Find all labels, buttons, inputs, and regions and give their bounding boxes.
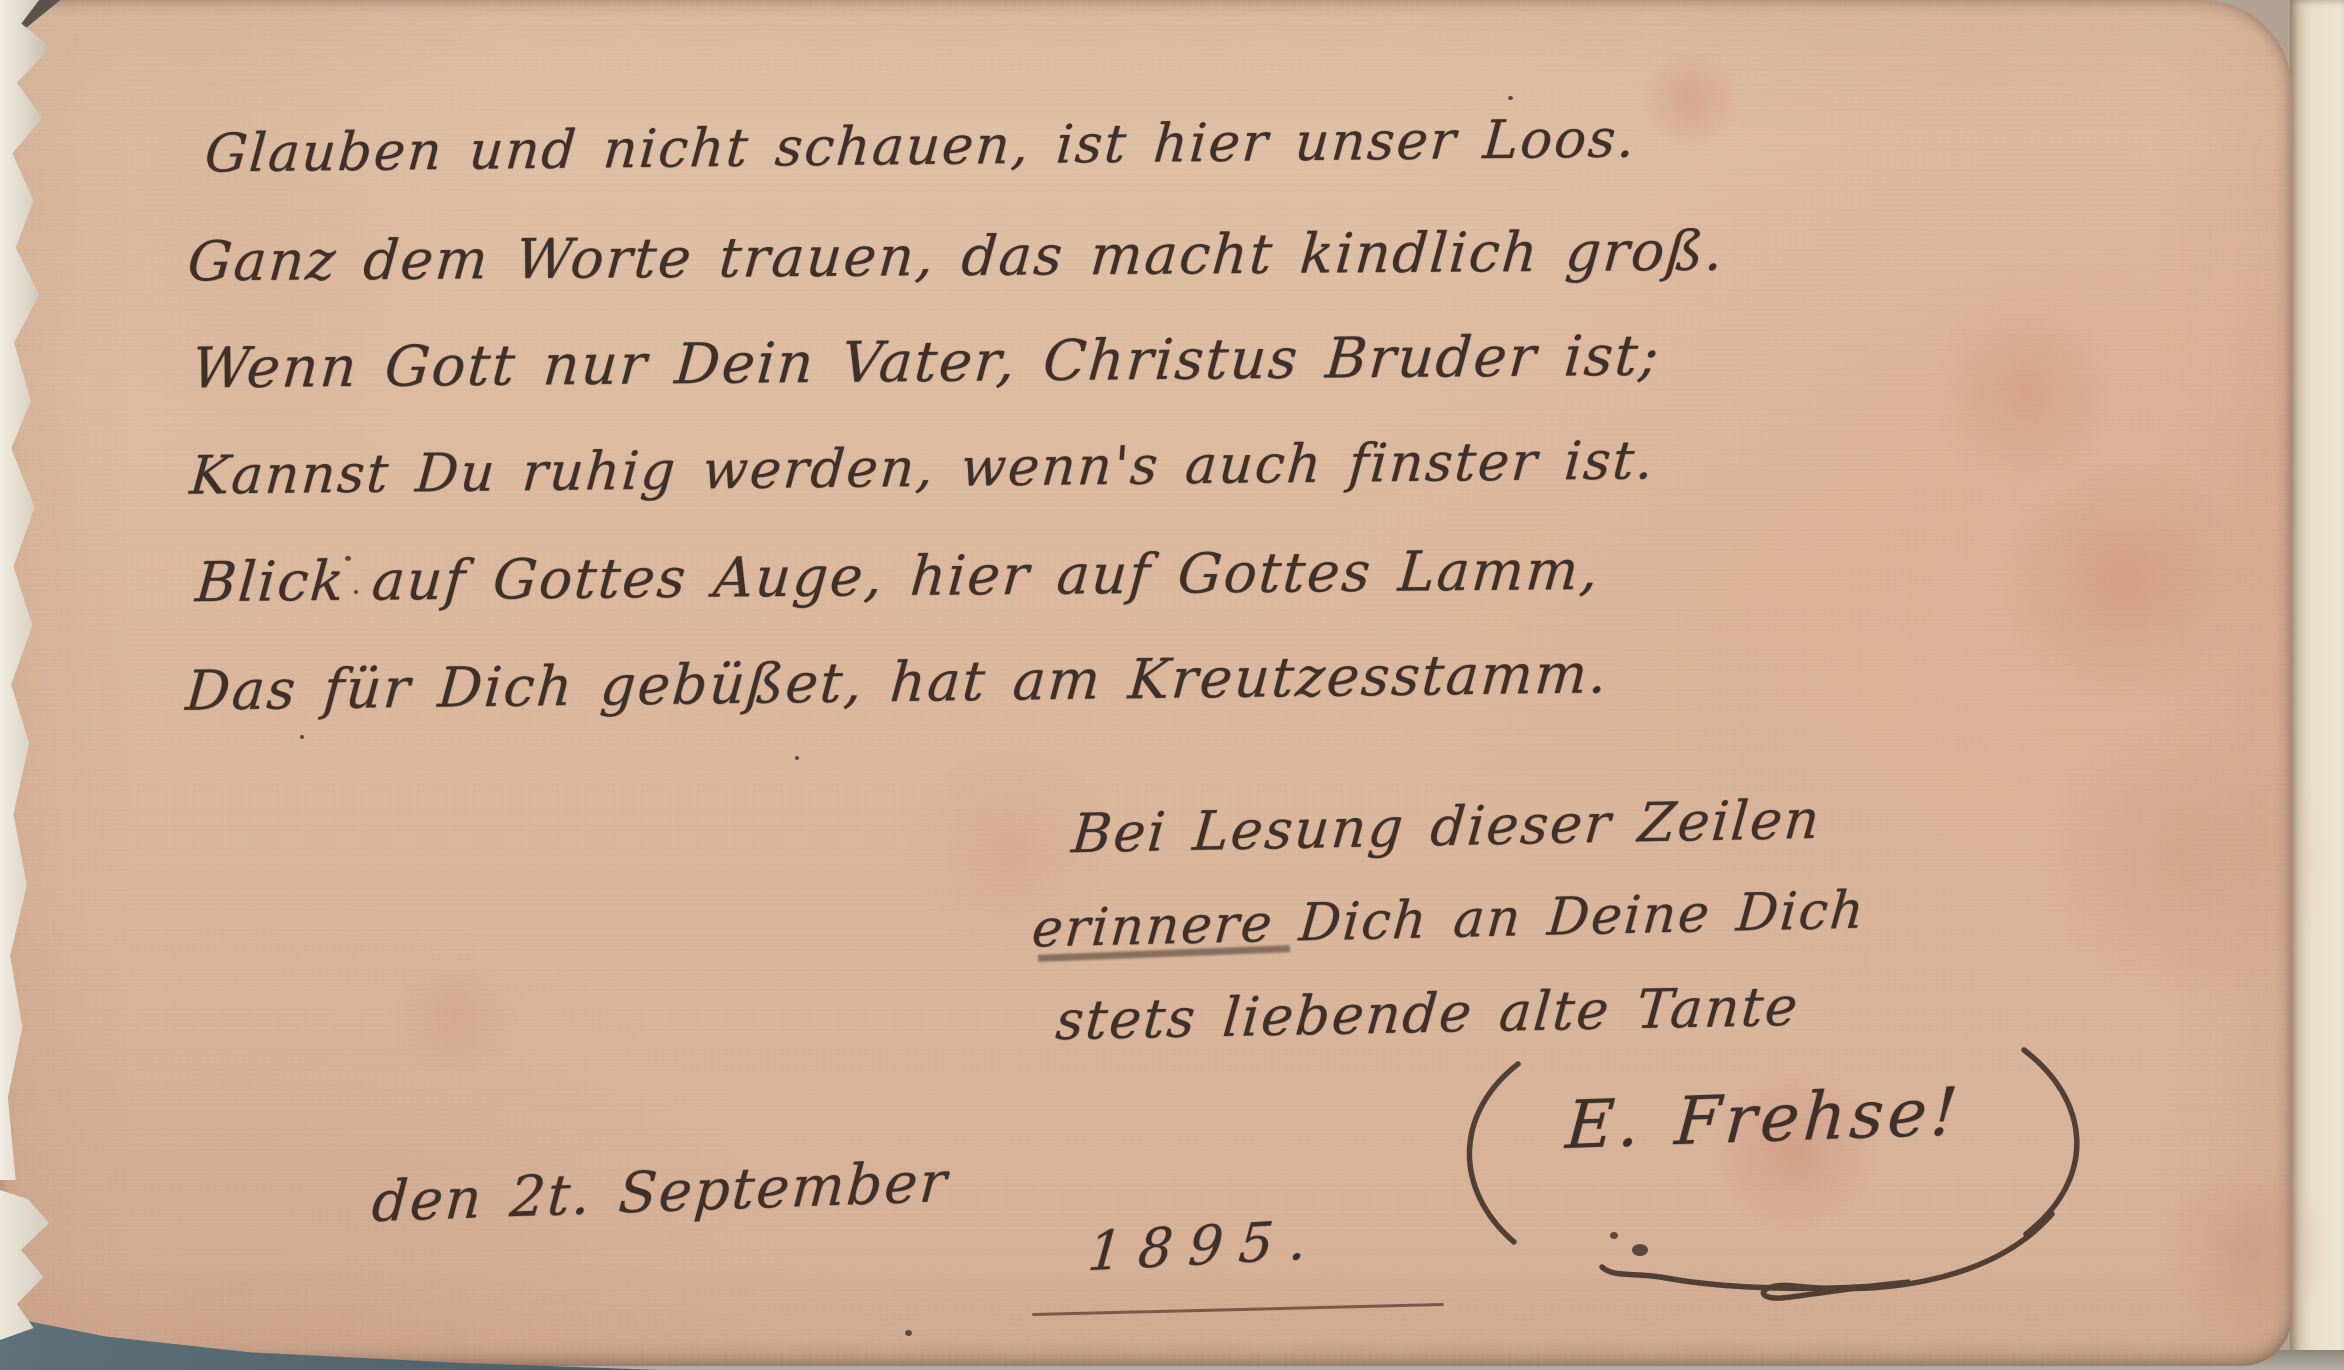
date-line: den 2t. September xyxy=(370,1150,951,1235)
ink-speck xyxy=(1508,96,1513,100)
dedication-line: erinnere Dich an Deine Dich xyxy=(1030,880,1868,959)
poem-line: Das für Dich gebüßet, hat am Kreutzessta… xyxy=(184,641,1611,722)
stain xyxy=(380,950,530,1080)
poem-line: Ganz dem Worte trauen, das macht kindlic… xyxy=(185,219,1727,294)
poem-line: Kannst Du ruhig werden, wenn's auch fins… xyxy=(188,430,1657,506)
year-underline xyxy=(1032,1303,1444,1316)
dedication-line: Bei Lesung dieser Zeilen xyxy=(1069,788,1823,865)
ink-speck xyxy=(300,735,304,739)
ink-speck xyxy=(1632,1244,1648,1256)
stain xyxy=(1630,50,1750,150)
stain xyxy=(1980,450,2270,710)
poem-line: Glauben und nicht schauen, ist hier unse… xyxy=(203,108,1639,184)
signature-flourish xyxy=(1422,1036,2132,1302)
ink-speck xyxy=(905,1330,912,1336)
next-page-edge xyxy=(2290,0,2344,1370)
poem-line: Blick auf Gottes Auge, hier auf Gottes L… xyxy=(194,538,1603,614)
poem-line: Wenn Gott nur Dein Vater, Christus Brude… xyxy=(189,324,1662,402)
stain xyxy=(1910,290,2140,490)
paper-page: Glauben und nicht schauen, ist hier unse… xyxy=(0,0,2292,1366)
year-line: 1895. xyxy=(1085,1208,1325,1284)
signature-name: E. Frehse! xyxy=(1563,1073,1964,1164)
scanned-album-page: Glauben und nicht schauen, ist hier unse… xyxy=(0,0,2344,1370)
ink-speck xyxy=(1610,1232,1618,1239)
ink-speck xyxy=(795,756,799,760)
